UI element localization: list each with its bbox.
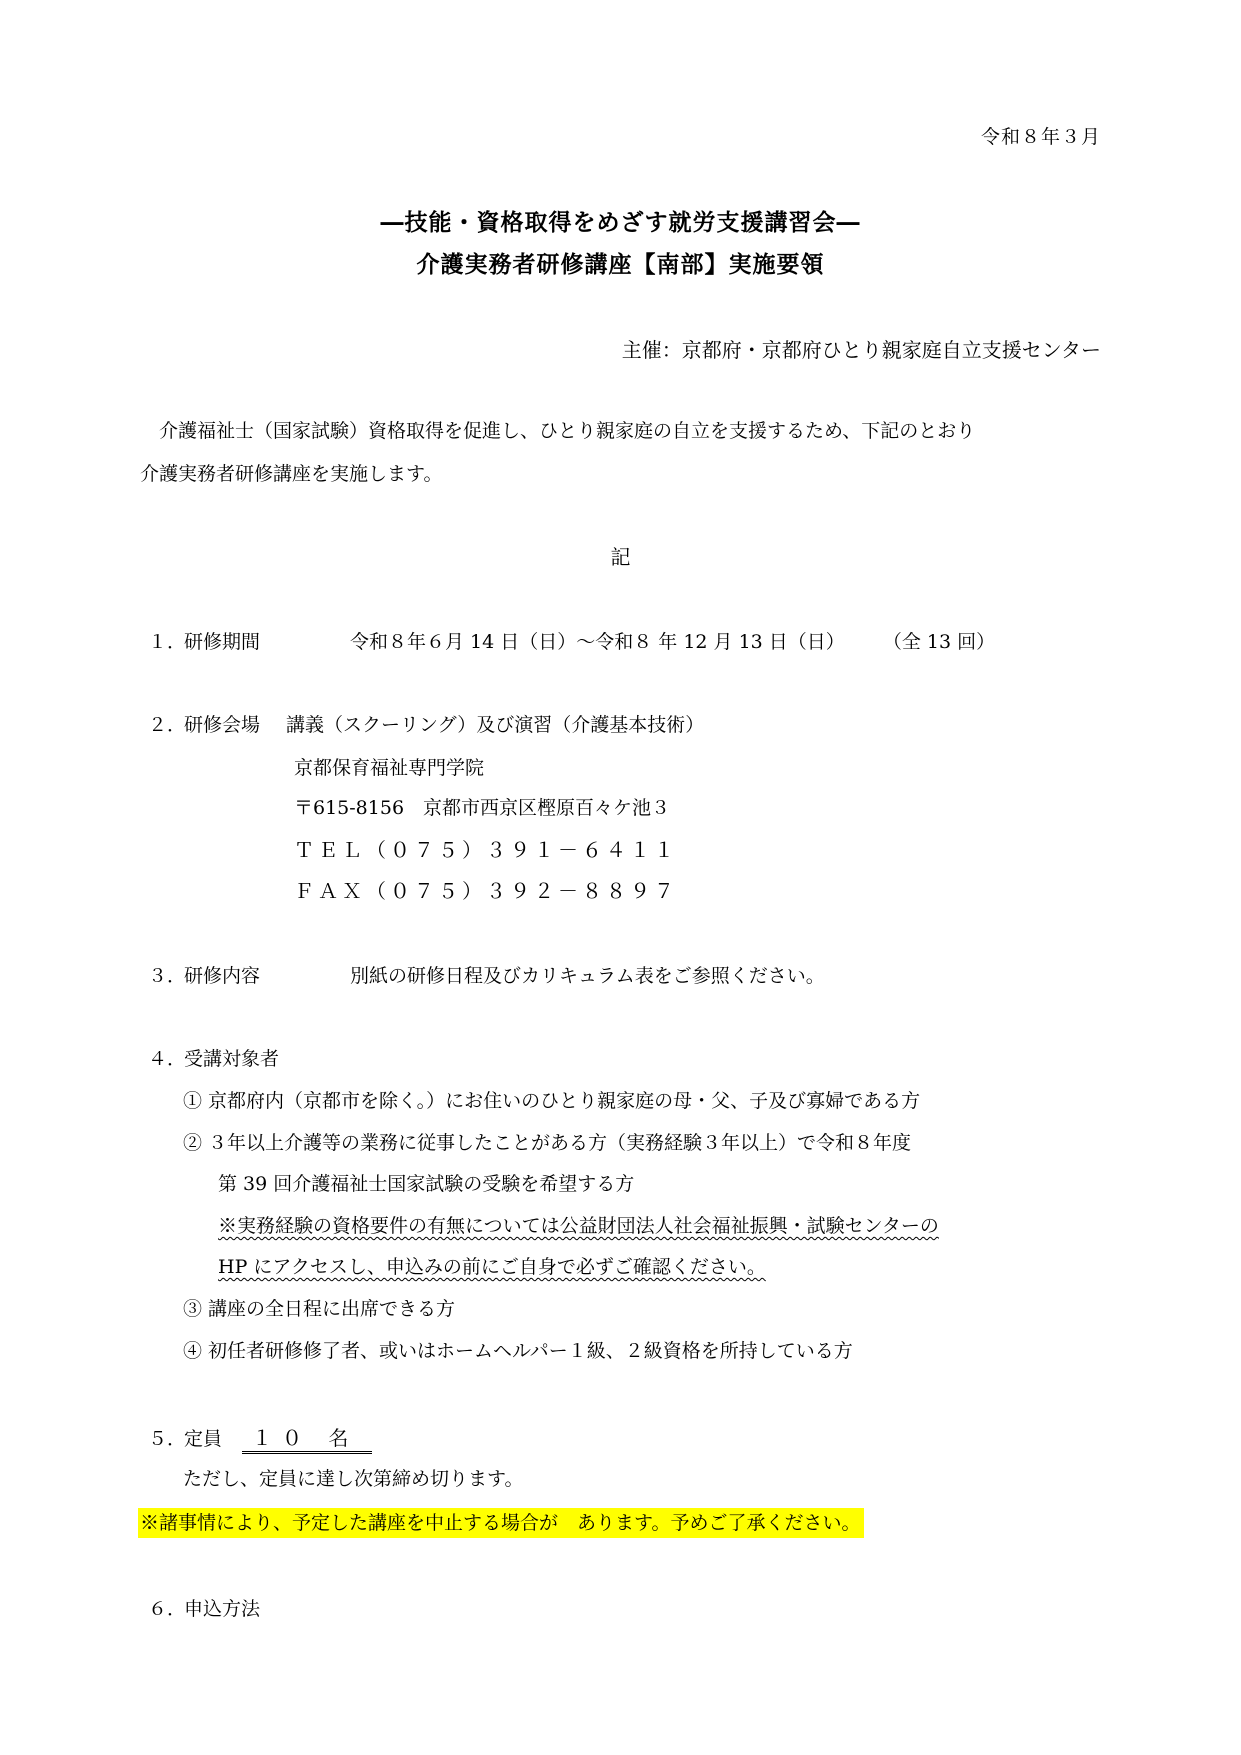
intro-paragraph-line1: 介護福祉士（国家試験）資格取得を促進し、ひとり親家庭の自立を支援するため、下記の… xyxy=(140,422,975,441)
section-label: 定員 xyxy=(184,1430,242,1449)
cancellation-notice: ※諸事情により、予定した講座を中止する場合が あります。予めご了承ください。 xyxy=(138,1508,864,1538)
section-number: ５． xyxy=(148,1430,184,1449)
section-number: ４． xyxy=(148,1050,184,1069)
section-number: ２． xyxy=(148,716,184,735)
section-label: 受講対象者 xyxy=(184,1048,279,1070)
venue-fax: ＦＡＸ（０７５）３９２－８８９７ xyxy=(294,881,678,901)
venue-description: 講義（スクーリング）及び演習（介護基本技術） xyxy=(286,714,704,736)
section-number: １． xyxy=(148,633,184,652)
section-label: 研修内容 xyxy=(184,967,350,986)
eligibility-item-1: ① 京都府内（京都市を除く。）にお住いのひとり親家庭の母・父、子及び寡婦である方 xyxy=(183,1092,920,1111)
section-capacity: ５．定員１０ 名 xyxy=(148,1428,372,1454)
organizer: 主催：京都府・京都府ひとり親家庭自立支援センター xyxy=(622,340,1101,360)
capacity-note: ただし、定員に達し次第締め切ります。 xyxy=(183,1470,523,1489)
eligibility-note-text: ※実務経験の資格要件の有無については公益財団法人社会福祉振興・試験センターの xyxy=(218,1215,939,1237)
training-period-value: 令和８年６月 14 日（日）～令和８ 年 12 月 13 日（日） xyxy=(350,631,845,653)
section-venue: ２．研修会場講義（スクーリング）及び演習（介護基本技術） xyxy=(148,716,704,735)
eligibility-item-2: ② ３年以上介護等の業務に従事したことがある方（実務経験３年以上）で令和８年度 xyxy=(183,1134,911,1153)
eligibility-note-line2: HP にアクセスし、申込みの前にご自身で必ずご確認ください。 xyxy=(218,1258,766,1277)
eligibility-note-text: HP にアクセスし、申込みの前にご自身で必ずご確認ください。 xyxy=(218,1256,766,1278)
eligibility-item-3: ③ 講座の全日程に出席できる方 xyxy=(183,1300,455,1319)
section-label: 申込方法 xyxy=(184,1598,260,1620)
section-content: ３．研修内容別紙の研修日程及びカリキュラム表をご参照ください。 xyxy=(148,967,825,986)
section-eligibility: ４．受講対象者 xyxy=(148,1050,279,1069)
capacity-value: １０ 名 xyxy=(242,1428,372,1454)
document-date: 令和８年３月 xyxy=(981,128,1101,147)
session-count: （全 13 回） xyxy=(883,631,995,653)
venue-name: 京都保育福祉専門学院 xyxy=(294,759,484,778)
document-title-line2: 介護実務者研修講座【南部】実施要領 xyxy=(0,254,1241,277)
section-number: ３． xyxy=(148,967,184,986)
venue-tel: ＴＥＬ（０７５）３９１－６４１１ xyxy=(294,840,678,860)
section-training-period: １．研修期間令和８年６月 14 日（日）～令和８ 年 12 月 13 日（日）（… xyxy=(148,633,995,652)
section-label: 研修期間 xyxy=(184,633,350,652)
eligibility-item-2-continued: 第 39 回介護福祉士国家試験の受験を希望する方 xyxy=(218,1175,634,1194)
document-title-line1: ―技能・資格取得をめざす就労支援講習会― xyxy=(0,212,1241,235)
section-application-method: ６．申込方法 xyxy=(148,1600,260,1619)
content-value: 別紙の研修日程及びカリキュラム表をご参照ください。 xyxy=(350,965,825,987)
ki-heading: 記 xyxy=(0,547,1241,567)
eligibility-item-4: ④ 初任者研修修了者、或いはホームヘルパー１級、２級資格を所持している方 xyxy=(183,1342,853,1361)
section-number: ６． xyxy=(148,1600,184,1619)
section-label: 研修会場 xyxy=(184,716,286,735)
intro-paragraph-line2: 介護実務者研修講座を実施します。 xyxy=(140,465,442,484)
venue-address: 〒615-8156 京都市西京区樫原百々ケ池３ xyxy=(294,799,670,818)
eligibility-note-line1: ※実務経験の資格要件の有無については公益財団法人社会福祉振興・試験センターの xyxy=(218,1217,939,1236)
